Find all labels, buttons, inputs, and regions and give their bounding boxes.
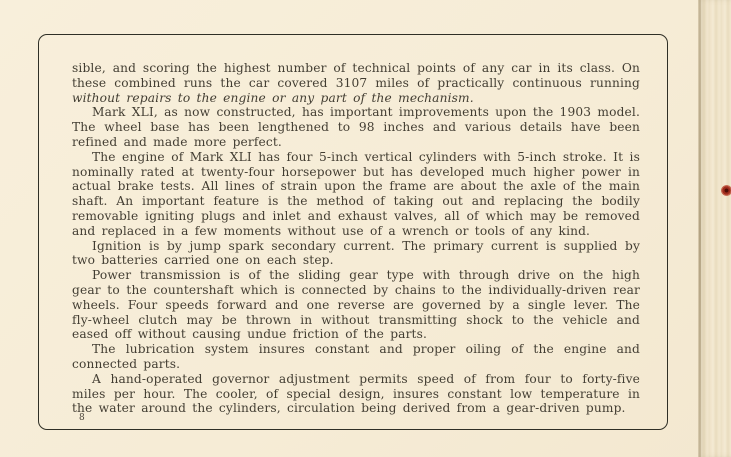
paragraph-governor-cooler: A hand-operated governor adjustment perm… xyxy=(72,372,640,416)
paragraph-continuation: sible, and scoring the highest number of… xyxy=(72,61,640,105)
paragraph-emphasis-text: without repairs to the engine or any par… xyxy=(72,91,474,105)
scanned-book-page: sible, and scoring the highest number of… xyxy=(0,0,731,457)
paragraph-text: sible, and scoring the highest number of… xyxy=(72,61,640,90)
paragraph-lubrication: The lubrication system insures constant … xyxy=(72,342,640,372)
paragraph-ignition: Ignition is by jump spark secondary curr… xyxy=(72,239,640,269)
book-page-edge xyxy=(698,0,731,457)
paragraph-mark-xli: Mark XLI, as now constructed, has import… xyxy=(72,105,640,149)
red-ink-mark xyxy=(721,185,731,196)
page-number: 8 xyxy=(79,413,85,423)
paragraph-engine: The engine of Mark XLI has four 5-inch v… xyxy=(72,150,640,239)
page-border-frame: sible, and scoring the highest number of… xyxy=(38,34,668,430)
page-edge-shadow xyxy=(699,0,701,457)
paragraph-transmission: Power transmission is of the sliding gea… xyxy=(72,268,640,342)
body-text: sible, and scoring the highest number of… xyxy=(72,61,640,416)
